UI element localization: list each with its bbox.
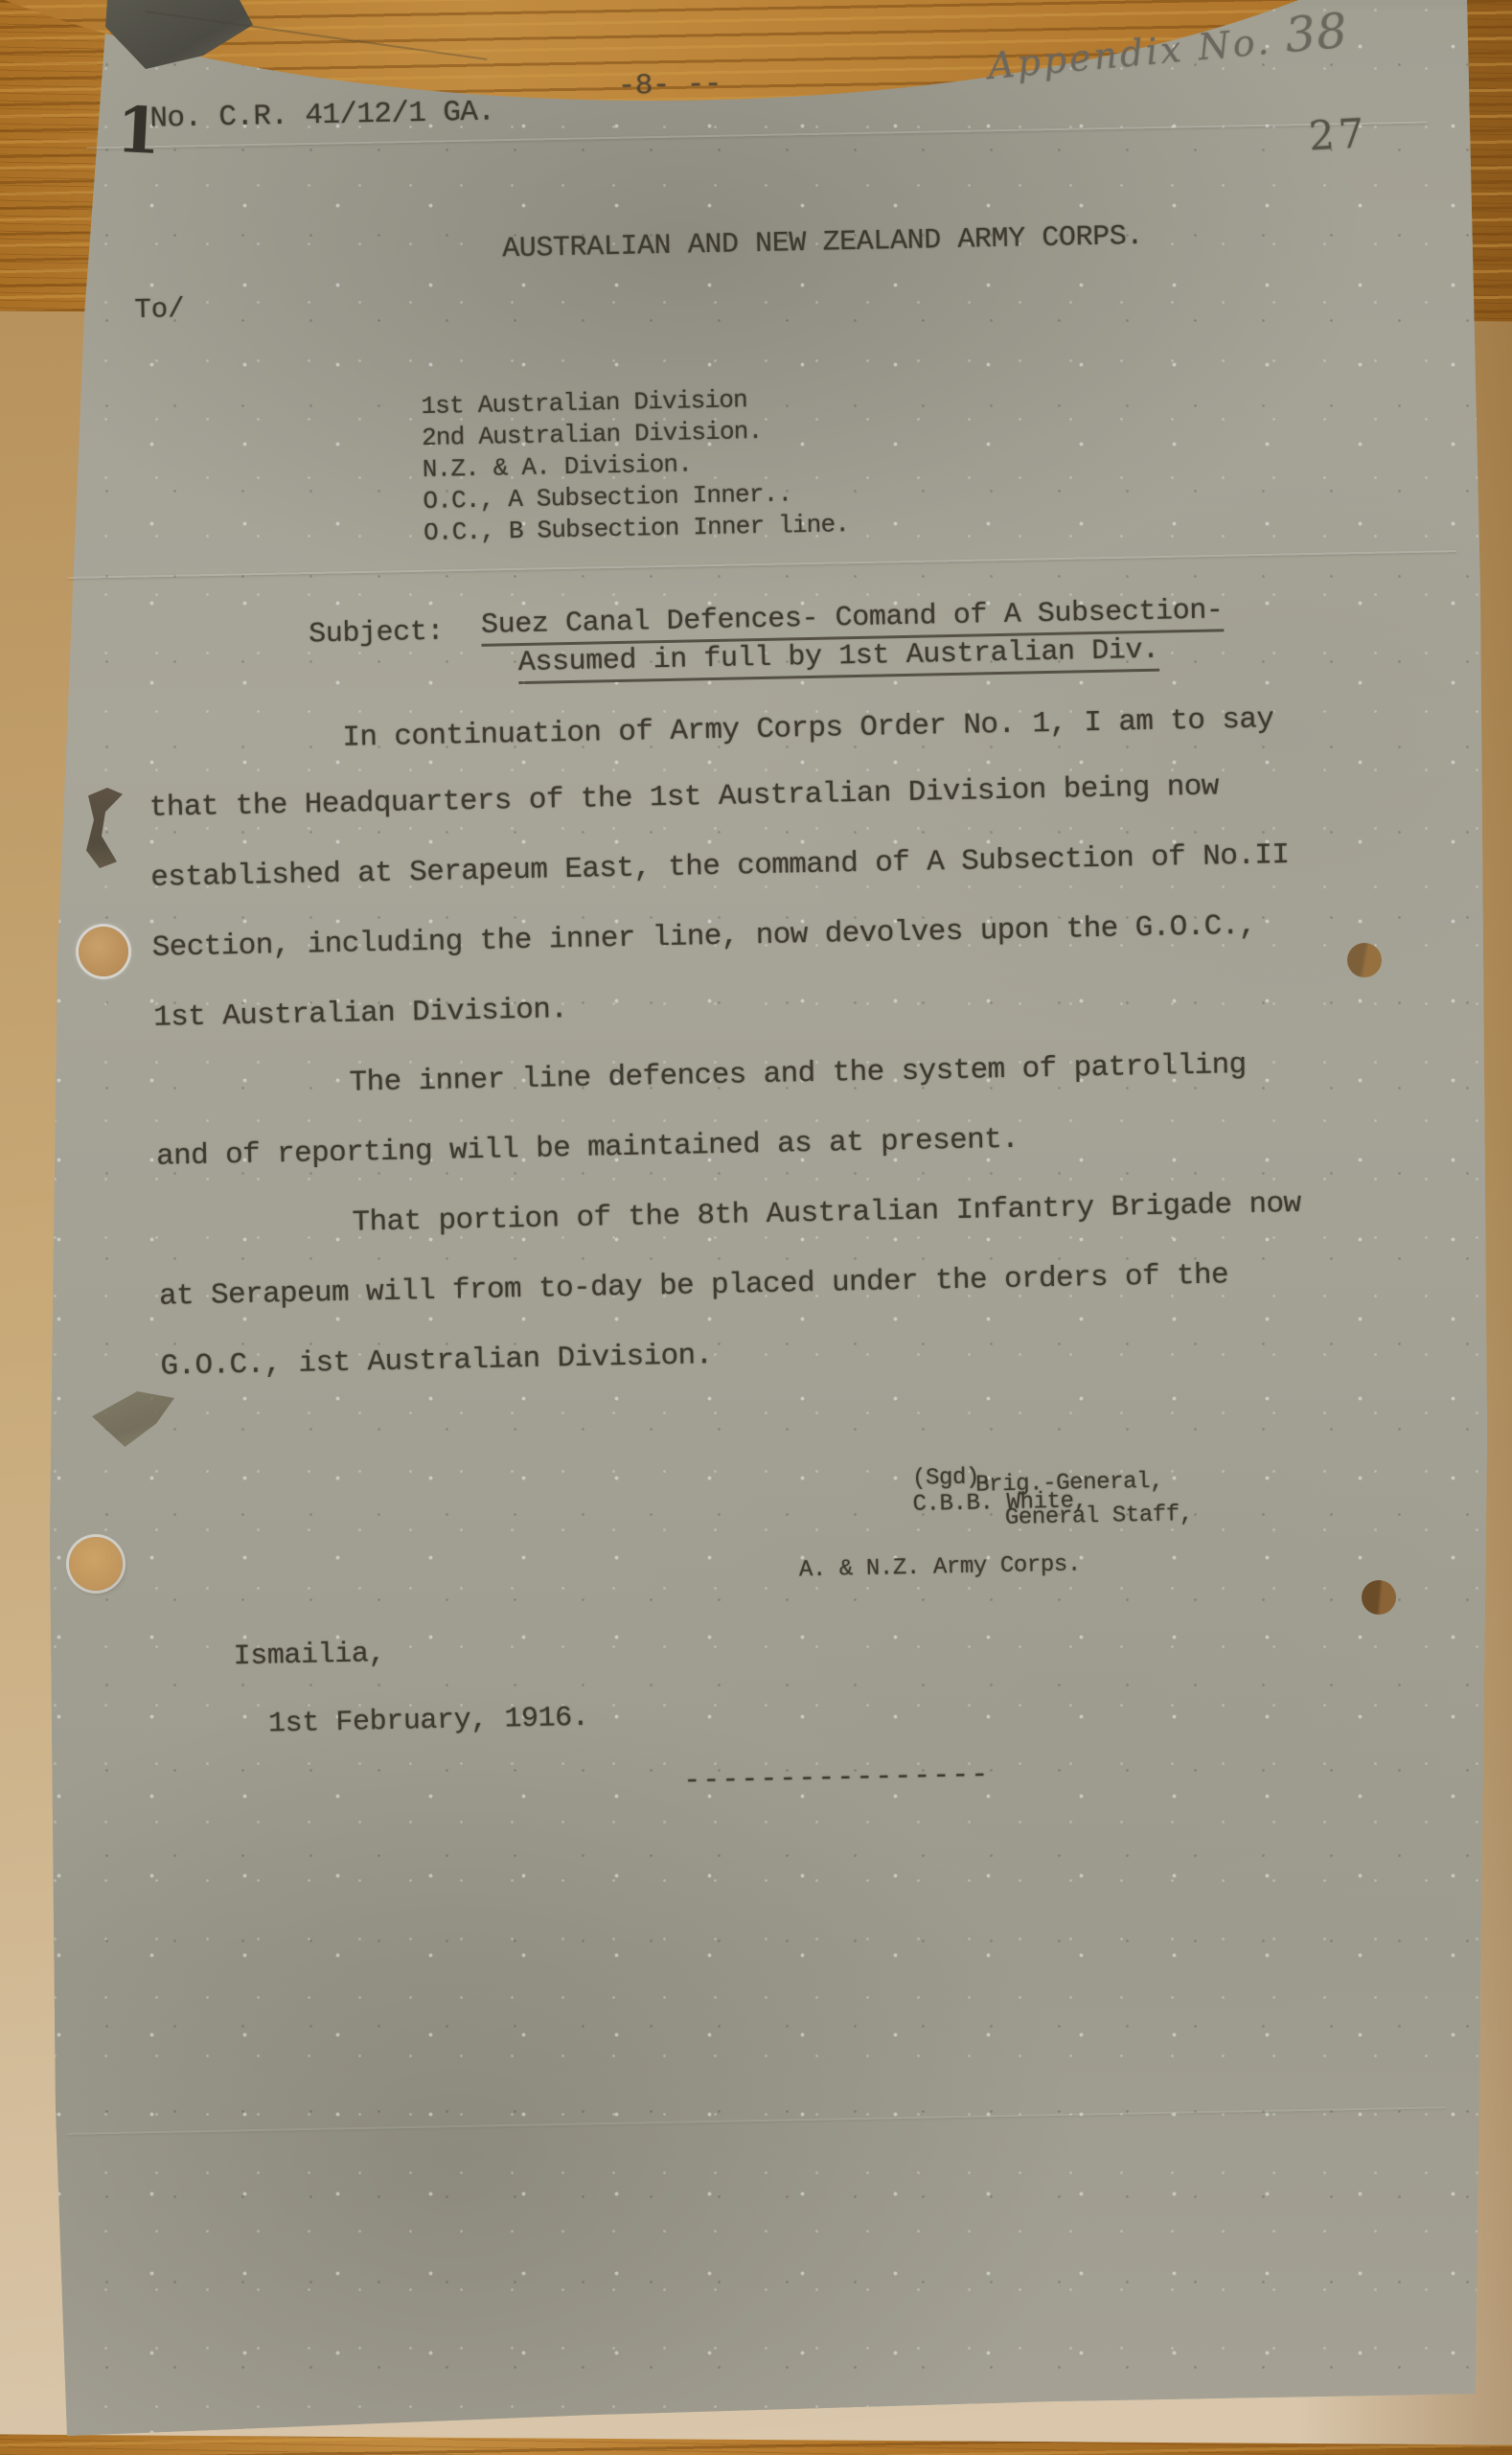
body-line: Section, including the inner line, now d… [151, 909, 1256, 965]
page-number: -8- -- [617, 68, 722, 103]
typed-content-layer: 1 No. C.R. 41/12/1 GA. -8- -- Appendix N… [0, 0, 1512, 2455]
body-line: and of reporting will be maintained as a… [156, 1123, 1019, 1174]
to-label: To/ [134, 293, 185, 326]
punch-hole [69, 1537, 123, 1591]
appendix-number: 38 [1283, 3, 1351, 64]
place-line: Ismailia, [233, 1638, 385, 1673]
document-photo: 1 No. C.R. 41/12/1 GA. -8- -- Appendix N… [0, 0, 1512, 2455]
closing-rule: ---------------- [683, 1758, 991, 1797]
subject-label: Subject: [309, 616, 444, 652]
body-line: established at Serapeum East, the comman… [150, 838, 1290, 895]
body-line: G.O.C., ist Australian Division. [160, 1339, 713, 1384]
signatory-staff: General Staff, [1005, 1502, 1194, 1531]
body-line: The inner line defences and the system o… [349, 1048, 1247, 1100]
document-title: AUSTRALIAN AND NEW ZEALAND ARMY CORPS. [502, 220, 1143, 265]
reference-number: No. C.R. 41/12/1 GA. [149, 95, 495, 135]
body-line: In continuation of Army Corps Order No. … [342, 702, 1274, 755]
body-line: at Serapeum will from to-day be placed u… [159, 1258, 1229, 1313]
appendix-label: Appendix No. [986, 20, 1272, 87]
body-line: that the Headquarters of the 1st Austral… [149, 769, 1219, 824]
date-line: 1st February, 1916. [268, 1702, 589, 1741]
punch-hole [79, 927, 128, 976]
body-line: 1st Australian Division. [153, 993, 568, 1035]
pencil-page-number: 27 [1308, 109, 1369, 159]
signatory-rank: Brig.-General, [975, 1469, 1164, 1499]
addressee-line: 2nd Australian Division. [422, 416, 763, 454]
appendix-annotation: Appendix No. 38 [985, 3, 1350, 91]
signatory-unit: A. & N.Z. Army Corps. [799, 1551, 1082, 1583]
punch-hole [1362, 1580, 1396, 1615]
body-line: That portion of the 8th Australian Infan… [352, 1187, 1301, 1240]
punch-hole [1347, 943, 1382, 977]
